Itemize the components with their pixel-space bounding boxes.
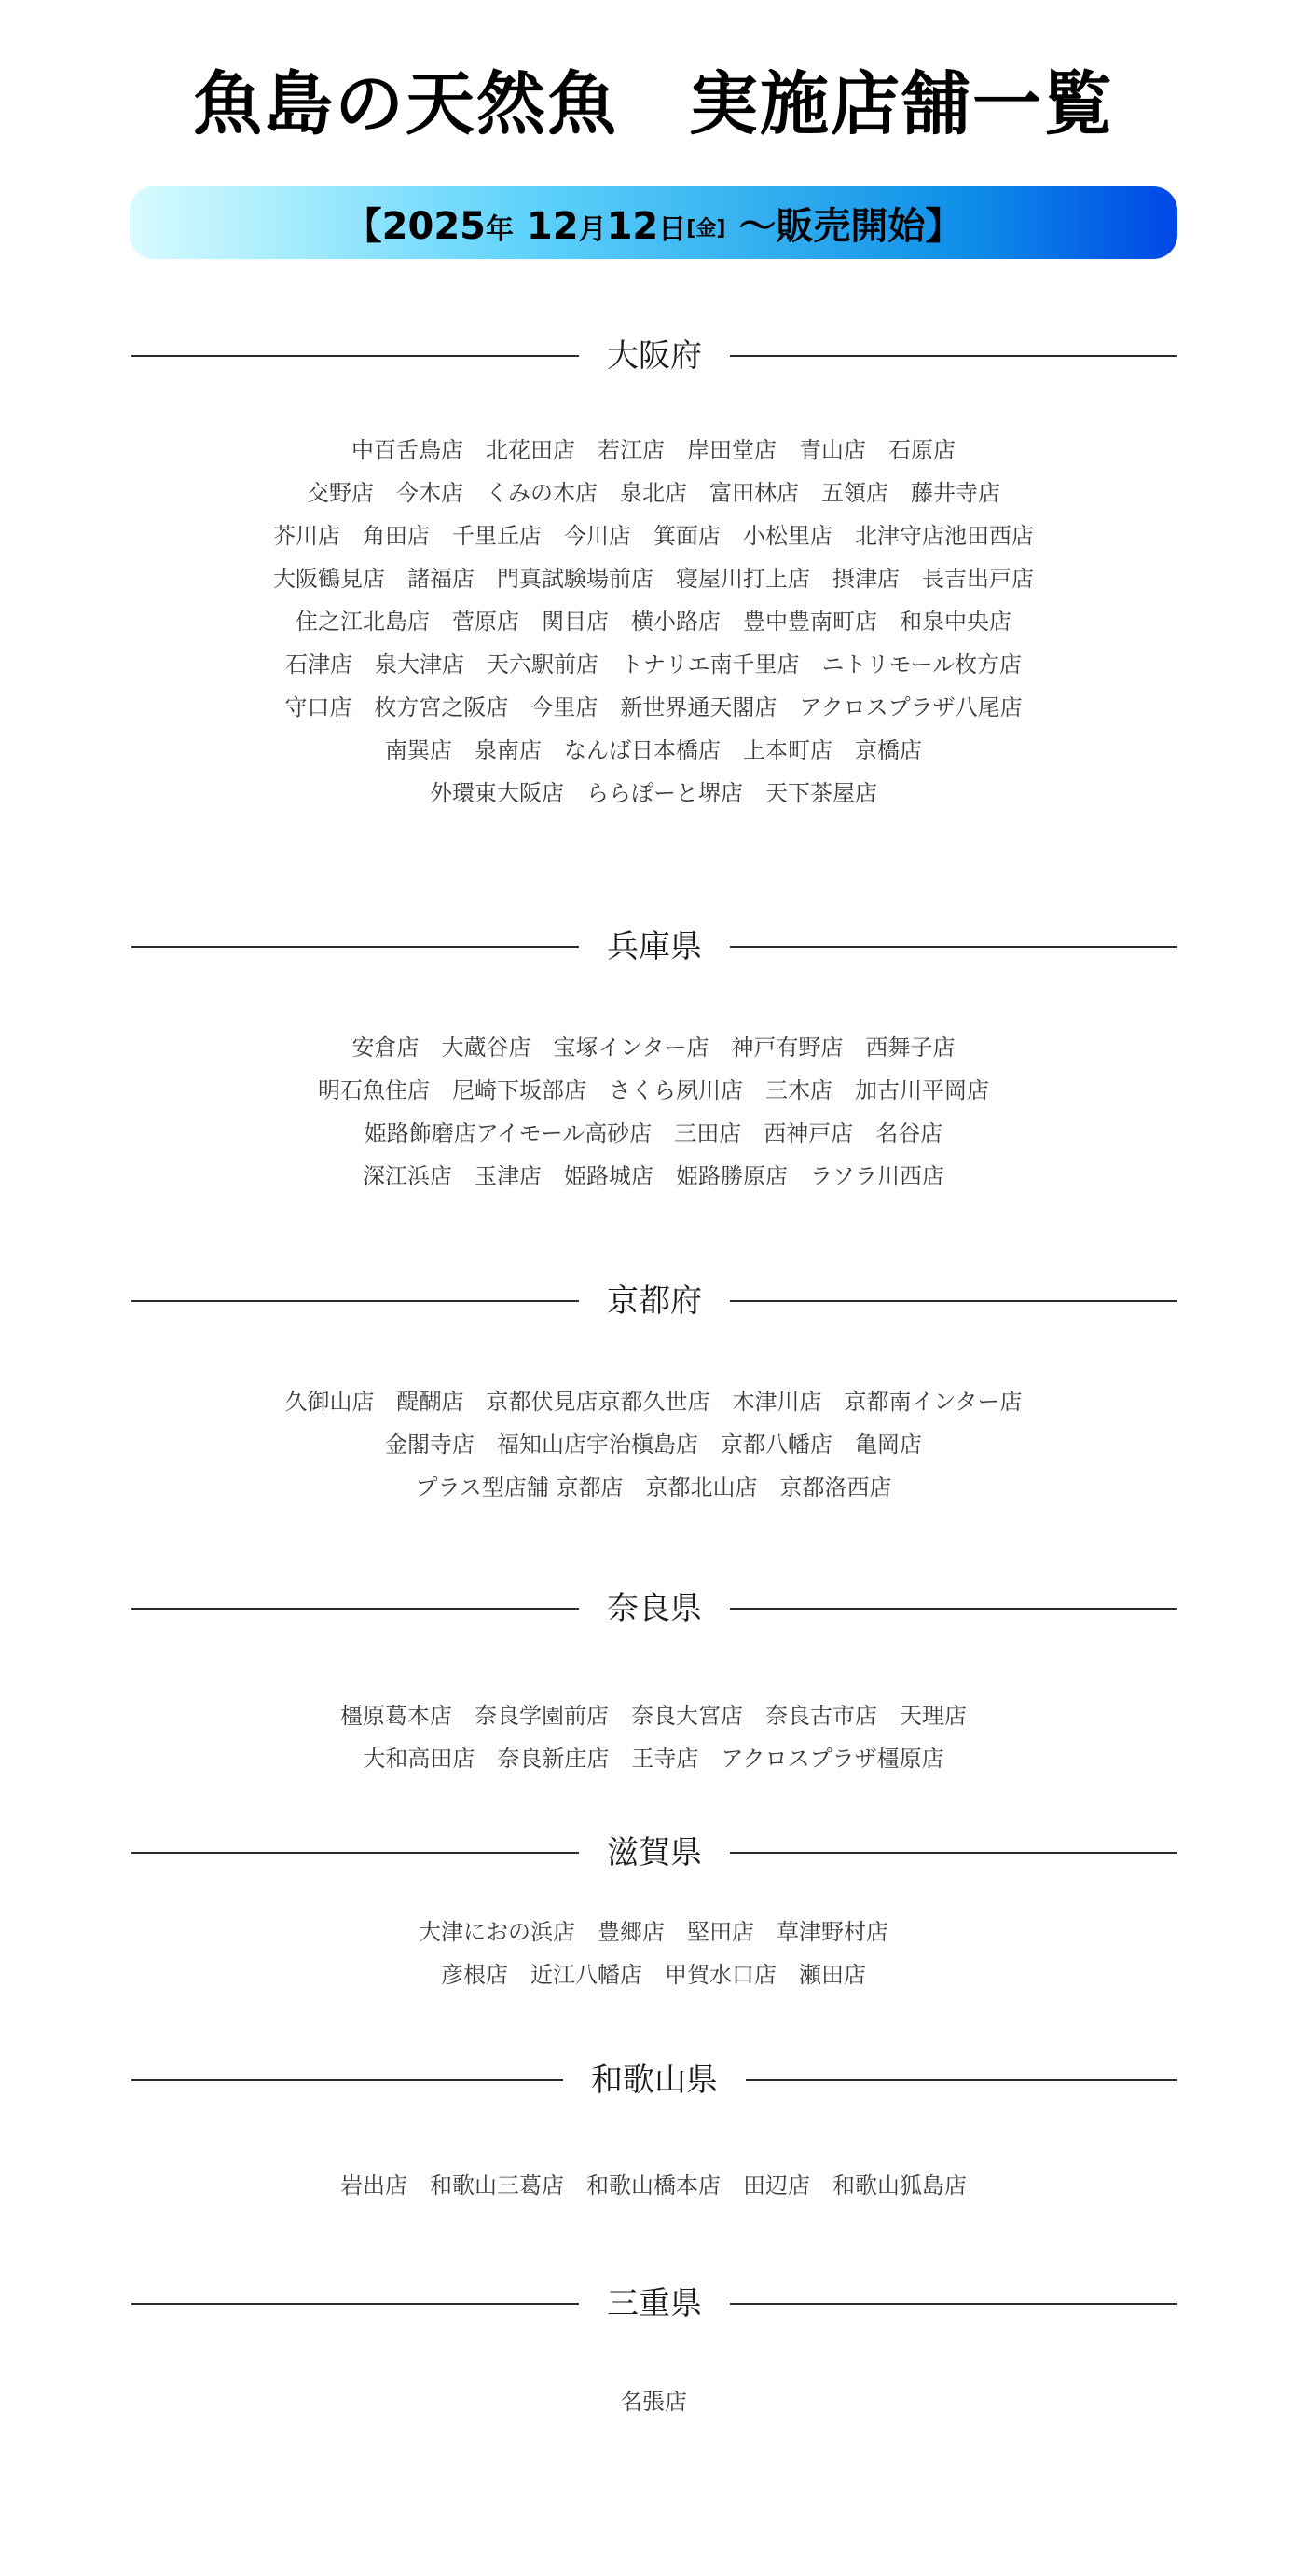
- store-row: 住之江北島店 菅原店 関目店 横小路店 豊中豊南町店 和泉中央店: [0, 600, 1307, 643]
- store-list-wakayama: 岩出店 和歌山三葛店 和歌山橋本店 田辺店 和歌山狐島店: [0, 2164, 1307, 2207]
- region-heading-kyoto: 京都府: [131, 1273, 1177, 1329]
- region-heading-hyogo: 兵庫県: [131, 919, 1177, 975]
- region-name: 三重県: [579, 2276, 730, 2332]
- store-row: 金閣寺店 福知山店宇治槇島店 京都八幡店 亀岡店: [0, 1423, 1307, 1466]
- sale-start-text: 【2025年 12月12日[金] 〜販売開始】: [345, 197, 963, 250]
- region-heading-mie: 三重県: [131, 2276, 1177, 2332]
- weekday: [金]: [686, 217, 725, 240]
- store-list-osaka: 中百舌鳥店 北花田店 若江店 岸田堂店 青山店 石原店 交野店 今木店 くみの木…: [0, 429, 1307, 815]
- store-list-kyoto: 久御山店 醍醐店 京都伏見店京都久世店 木津川店 京都南インター店 金閣寺店 福…: [0, 1380, 1307, 1509]
- region-name: 兵庫県: [579, 919, 730, 975]
- divider-line: [746, 2079, 1177, 2081]
- divider-line: [131, 2079, 563, 2081]
- store-row: 深江浜店 玉津店 姫路城店 姫路勝原店 ラソラ川西店: [0, 1155, 1307, 1198]
- store-row: 安倉店 大蔵谷店 宝塚インター店 神戸有野店 西舞子店: [0, 1026, 1307, 1069]
- store-row: 姫路飾磨店アイモール高砂店 三田店 西神戸店 名谷店: [0, 1112, 1307, 1155]
- store-row: 彦根店 近江八幡店 甲賀水口店 瀬田店: [0, 1953, 1307, 1996]
- store-row: 大阪鶴見店 諸福店 門真試験場前店 寝屋川打上店 摂津店 長吉出戸店: [0, 557, 1307, 600]
- divider-line: [131, 1608, 579, 1610]
- store-row: 大和高田店 奈良新庄店 王寺店 アクロスプラザ橿原店: [0, 1737, 1307, 1780]
- year: 2025: [382, 205, 486, 248]
- divider-line: [131, 946, 579, 948]
- region-heading-wakayama: 和歌山県: [131, 2052, 1177, 2108]
- divider-line: [131, 1300, 579, 1302]
- close-bracket: 】: [925, 205, 962, 248]
- store-row: 外環東大阪店 ららぽーと堺店 天下茶屋店: [0, 772, 1307, 815]
- divider-line: [730, 355, 1177, 357]
- open-bracket: 【: [345, 205, 382, 248]
- store-list-hyogo: 安倉店 大蔵谷店 宝塚インター店 神戸有野店 西舞子店 明石魚住店 尼崎下坂部店…: [0, 1026, 1307, 1198]
- region-heading-shiga: 滋賀県: [131, 1825, 1177, 1881]
- store-list-mie: 名張店: [0, 2380, 1307, 2423]
- region-heading-osaka: 大阪府: [131, 328, 1177, 384]
- store-row: 南巽店 泉南店 なんば日本橋店 上本町店 京橋店: [0, 729, 1307, 772]
- sale-start-suffix: 〜販売開始: [725, 205, 925, 248]
- month: 12: [514, 205, 579, 248]
- divider-line: [131, 1852, 579, 1854]
- store-row: 交野店 今木店 くみの木店 泉北店 富田林店 五領店 藤井寺店: [0, 472, 1307, 514]
- store-list-nara: 橿原葛本店 奈良学園前店 奈良大宮店 奈良古市店 天理店 大和高田店 奈良新庄店…: [0, 1694, 1307, 1780]
- store-row: 芥川店 角田店 千里丘店 今川店 箕面店 小松里店 北津守店池田西店: [0, 514, 1307, 557]
- region-name: 奈良県: [579, 1581, 730, 1637]
- divider-line: [131, 2303, 579, 2305]
- divider-line: [730, 1300, 1177, 1302]
- page-title: 魚島の天然魚 実施店舗一覧: [0, 58, 1307, 151]
- store-row: 橿原葛本店 奈良学園前店 奈良大宮店 奈良古市店 天理店: [0, 1694, 1307, 1737]
- divider-line: [730, 946, 1177, 948]
- sale-start-banner: 【2025年 12月12日[金] 〜販売開始】: [130, 186, 1177, 259]
- region-heading-nara: 奈良県: [131, 1581, 1177, 1637]
- store-row: 大津におの浜店 豊郷店 堅田店 草津野村店: [0, 1911, 1307, 1953]
- day-unit: 日: [658, 213, 686, 246]
- divider-line: [730, 1608, 1177, 1610]
- region-name: 滋賀県: [579, 1825, 730, 1881]
- divider-line: [730, 2303, 1177, 2305]
- day: 12: [607, 205, 659, 248]
- month-unit: 月: [579, 213, 607, 246]
- region-name: 和歌山県: [563, 2052, 746, 2108]
- store-list-shiga: 大津におの浜店 豊郷店 堅田店 草津野村店 彦根店 近江八幡店 甲賀水口店 瀬田…: [0, 1911, 1307, 1996]
- store-row: 名張店: [0, 2380, 1307, 2423]
- store-row: 明石魚住店 尼崎下坂部店 さくら夙川店 三木店 加古川平岡店: [0, 1069, 1307, 1112]
- region-name: 大阪府: [579, 328, 730, 384]
- divider-line: [131, 355, 579, 357]
- divider-line: [730, 1852, 1177, 1854]
- store-row: 石津店 泉大津店 天六駅前店 トナリエ南千里店 ニトリモール枚方店: [0, 643, 1307, 686]
- year-unit: 年: [486, 213, 514, 246]
- store-row: 久御山店 醍醐店 京都伏見店京都久世店 木津川店 京都南インター店: [0, 1380, 1307, 1423]
- region-name: 京都府: [579, 1273, 730, 1329]
- store-row: 岩出店 和歌山三葛店 和歌山橋本店 田辺店 和歌山狐島店: [0, 2164, 1307, 2207]
- store-row: プラス型店舗 京都店 京都北山店 京都洛西店: [0, 1466, 1307, 1509]
- store-row: 守口店 枚方宮之阪店 今里店 新世界通天閣店 アクロスプラザ八尾店: [0, 686, 1307, 729]
- store-row: 中百舌鳥店 北花田店 若江店 岸田堂店 青山店 石原店: [0, 429, 1307, 472]
